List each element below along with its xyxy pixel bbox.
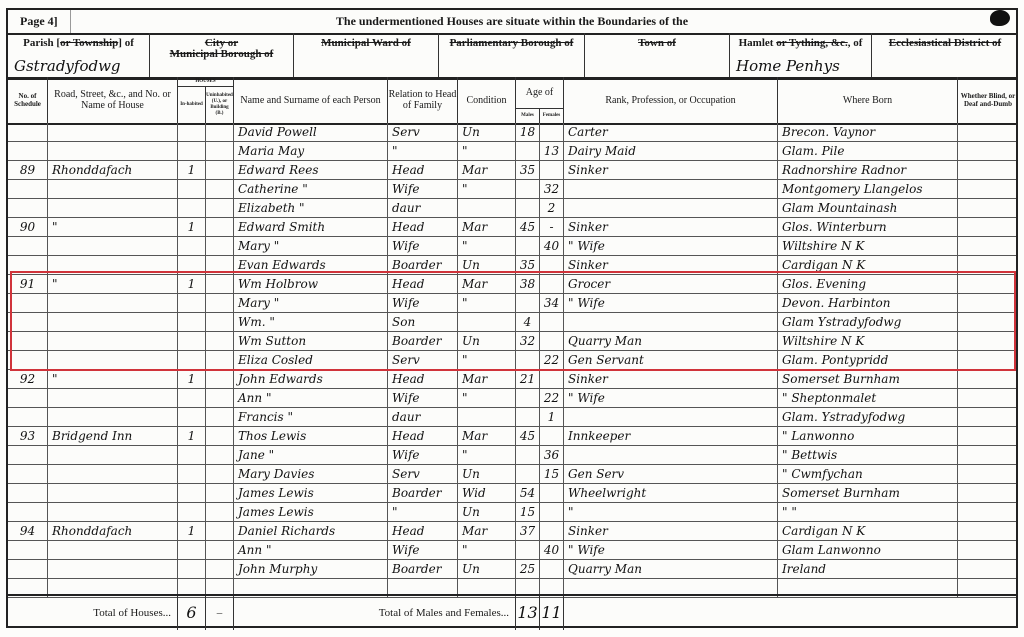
col-relation: Relation to Head of Family (388, 77, 458, 123)
condition-cell: " (458, 142, 516, 161)
female-age-cell (540, 123, 564, 142)
empty-cell (206, 294, 234, 313)
where-born-cell: Devon. Harbinton (778, 294, 958, 313)
table-row: Jane "Wife"36" Bettwis (8, 446, 1016, 465)
schedule-cell: 94 (8, 522, 48, 541)
schedule-cell (8, 541, 48, 560)
where-born-cell: Wiltshire N K (778, 332, 958, 351)
total-persons-label: Total of Males and Females... (234, 596, 516, 630)
relation-cell: Boarder (388, 484, 458, 503)
male-age-cell: 15 (516, 503, 540, 522)
male-age-cell (516, 465, 540, 484)
person-name-cell: Francis " (234, 408, 388, 427)
page-header: Page 4] The undermentioned Houses are si… (8, 10, 1016, 35)
condition-cell: " (458, 237, 516, 256)
condition-cell: " (458, 180, 516, 199)
male-age-cell: 35 (516, 161, 540, 180)
hamlet-value: Home Penhys (736, 57, 840, 75)
empty-cell (958, 503, 1018, 522)
relation-cell: Head (388, 522, 458, 541)
condition-cell: " (458, 294, 516, 313)
total-houses-uninhabited: – (206, 596, 234, 630)
relation-cell: " (388, 142, 458, 161)
occupation-cell: Wheelwright (564, 484, 778, 503)
town-label: Town of (585, 38, 729, 49)
col-schedule: No. of Schedule (8, 77, 48, 123)
occupation-cell (564, 313, 778, 332)
female-age-cell (540, 275, 564, 294)
condition-cell: Un (458, 465, 516, 484)
schedule-cell: 92 (8, 370, 48, 389)
schedule-cell (8, 560, 48, 579)
person-name-cell: Mary Davies (234, 465, 388, 484)
schedule-cell (8, 142, 48, 161)
town-field: Town of (585, 33, 730, 77)
parish-value: Gstradyfodwg (14, 57, 121, 75)
schedule-cell (8, 180, 48, 199)
condition-cell (458, 313, 516, 332)
person-name-cell: John Edwards (234, 370, 388, 389)
female-age-cell (540, 332, 564, 351)
occupation-cell: Gen Servant (564, 351, 778, 370)
schedule-cell (8, 389, 48, 408)
road-cell (48, 294, 178, 313)
female-age-cell (540, 522, 564, 541)
male-age-cell (516, 408, 540, 427)
schedule-cell (8, 503, 48, 522)
empty-cell (958, 522, 1018, 541)
total-houses-inhabited: 6 (178, 596, 206, 630)
inhabited-cell (178, 351, 206, 370)
where-born-cell: Brecon. Vaynor (778, 123, 958, 142)
condition-cell: Un (458, 123, 516, 142)
inhabited-cell (178, 123, 206, 142)
schedule-cell (8, 313, 48, 332)
table-row: Francis "daur1Glam. Ystradyfodwg (8, 408, 1016, 427)
where-born-cell: " Lanwonno (778, 427, 958, 446)
male-age-cell: 35 (516, 256, 540, 275)
table-row: James Lewis"Un15"" " (8, 503, 1016, 522)
relation-cell: Boarder (388, 332, 458, 351)
relation-cell: Serv (388, 123, 458, 142)
male-age-cell (516, 199, 540, 218)
person-name-cell: John Murphy (234, 560, 388, 579)
parish-label-struck: or Township (60, 37, 118, 49)
condition-cell: Mar (458, 370, 516, 389)
empty-cell (958, 370, 1018, 389)
male-age-cell (516, 180, 540, 199)
female-age-cell (540, 427, 564, 446)
person-name-cell: Thos Lewis (234, 427, 388, 446)
female-age-cell: 34 (540, 294, 564, 313)
city-label-line2: Municipal Borough of (170, 48, 274, 60)
empty-cell (958, 465, 1018, 484)
female-age-cell: 15 (540, 465, 564, 484)
empty-cell (958, 313, 1018, 332)
person-name-cell: Wm Sutton (234, 332, 388, 351)
schedule-cell: 91 (8, 275, 48, 294)
empty-cell (958, 199, 1018, 218)
empty-cell (206, 389, 234, 408)
parish-field: Parish [or Township] of Gstradyfodwg (8, 33, 150, 77)
empty-cell (958, 142, 1018, 161)
table-row: James LewisBoarderWid54WheelwrightSomers… (8, 484, 1016, 503)
relation-cell: Wife (388, 180, 458, 199)
condition-cell: Un (458, 332, 516, 351)
parish-label-suffix: ] of (118, 37, 134, 49)
inhabited-cell (178, 465, 206, 484)
male-age-cell: 25 (516, 560, 540, 579)
relation-cell: Boarder (388, 256, 458, 275)
where-born-cell: Glam. Pontypridd (778, 351, 958, 370)
occupation-cell: Sinker (564, 218, 778, 237)
table-row: Mary "Wife"40" WifeWiltshire N K (8, 237, 1016, 256)
table-row: Evan EdwardsBoarderUn35SinkerCardigan N … (8, 256, 1016, 275)
empty-cell (958, 256, 1018, 275)
male-age-cell: 54 (516, 484, 540, 503)
ward-field: Municipal Ward of (294, 33, 439, 77)
inhabited-cell: 1 (178, 370, 206, 389)
condition-cell (458, 199, 516, 218)
parliamentary-field: Parliamentary Borough of (439, 33, 585, 77)
condition-cell: " (458, 351, 516, 370)
empty-cell (206, 541, 234, 560)
empty-cell (206, 427, 234, 446)
female-age-cell (540, 484, 564, 503)
table-row: Catherine "Wife"32Montgomery Llangelos (8, 180, 1016, 199)
road-cell (48, 408, 178, 427)
where-born-cell: Cardigan N K (778, 256, 958, 275)
occupation-cell: Grocer (564, 275, 778, 294)
empty-cell (206, 522, 234, 541)
inhabited-cell (178, 446, 206, 465)
occupation-cell: " Wife (564, 237, 778, 256)
empty-cell (958, 180, 1018, 199)
occupation-cell (564, 199, 778, 218)
condition-cell: Mar (458, 218, 516, 237)
where-born-cell: Montgomery Llangelos (778, 180, 958, 199)
condition-cell (458, 408, 516, 427)
ecclesiastical-label: Ecclesiastical District of (872, 38, 1018, 49)
condition-cell: Mar (458, 522, 516, 541)
total-females: 11 (540, 596, 564, 630)
relation-cell: Wife (388, 389, 458, 408)
occupation-cell: Sinker (564, 256, 778, 275)
relation-cell: Head (388, 161, 458, 180)
female-age-cell: 40 (540, 541, 564, 560)
col-name: Name and Surname of each Person (234, 77, 388, 123)
road-cell: " (48, 275, 178, 294)
where-born-cell: Glos. Winterburn (778, 218, 958, 237)
empty-cell (958, 389, 1018, 408)
female-age-cell (540, 313, 564, 332)
ink-blot (990, 10, 1010, 26)
district-header: Parish [or Township] of Gstradyfodwg Cit… (8, 33, 1016, 80)
empty-cell (206, 237, 234, 256)
relation-cell: Head (388, 275, 458, 294)
table-row: Ann "Wife"22" Wife" Sheptonmalet (8, 389, 1016, 408)
occupation-cell (564, 180, 778, 199)
road-cell: Rhonddafach (48, 161, 178, 180)
empty-cell (206, 446, 234, 465)
parliamentary-label: Parliamentary Borough of (439, 38, 584, 49)
female-age-cell (540, 370, 564, 389)
occupation-cell (564, 446, 778, 465)
empty-cell (206, 503, 234, 522)
empty-cell (206, 275, 234, 294)
schedule-cell (8, 465, 48, 484)
empty-cell (958, 332, 1018, 351)
road-cell (48, 180, 178, 199)
relation-cell: daur (388, 408, 458, 427)
totals-row: Total of Houses... 6 – Total of Males an… (8, 594, 1016, 630)
where-born-cell: Glam Ystradyfodwg (778, 313, 958, 332)
col-occupation: Rank, Profession, or Occupation (564, 77, 778, 123)
parish-label: Parish [ (23, 37, 60, 49)
female-age-cell: 22 (540, 351, 564, 370)
person-name-cell: Elizabeth " (234, 199, 388, 218)
col-age: Age of (516, 77, 564, 109)
empty-cell (958, 237, 1018, 256)
condition-cell: Un (458, 560, 516, 579)
occupation-cell (564, 408, 778, 427)
female-age-cell: 36 (540, 446, 564, 465)
condition-cell: Un (458, 503, 516, 522)
road-cell (48, 237, 178, 256)
inhabited-cell (178, 256, 206, 275)
schedule-cell (8, 332, 48, 351)
empty-cell (206, 199, 234, 218)
col-males: Males (516, 109, 540, 123)
col-road: Road, Street, &c., and No. or Name of Ho… (48, 77, 178, 123)
person-name-cell: Evan Edwards (234, 256, 388, 275)
road-cell (48, 389, 178, 408)
occupation-cell: Quarry Man (564, 332, 778, 351)
where-born-cell: Somerset Burnham (778, 484, 958, 503)
col-inhabited: In-habited (178, 87, 206, 123)
where-born-cell: Wiltshire N K (778, 237, 958, 256)
empty-cell (206, 484, 234, 503)
empty-cell (206, 123, 234, 142)
male-age-cell (516, 351, 540, 370)
occupation-cell: Sinker (564, 161, 778, 180)
table-row: 94Rhonddafach1Daniel RichardsHeadMar37Si… (8, 522, 1016, 541)
person-name-cell: Maria May (234, 142, 388, 161)
relation-cell: Serv (388, 351, 458, 370)
empty-cell (206, 332, 234, 351)
male-age-cell: 37 (516, 522, 540, 541)
empty-cell (206, 465, 234, 484)
where-born-cell: Ireland (778, 560, 958, 579)
empty-cell (958, 161, 1018, 180)
where-born-cell: Cardigan N K (778, 522, 958, 541)
table-row: Mary DaviesServUn15Gen Serv" Cwmfychan (8, 465, 1016, 484)
table-row: 93Bridgend Inn1Thos LewisHeadMar45Innkee… (8, 427, 1016, 446)
table-row: Wm. "Son4Glam Ystradyfodwg (8, 313, 1016, 332)
empty-cell (958, 408, 1018, 427)
schedule-cell (8, 237, 48, 256)
relation-cell: Wife (388, 446, 458, 465)
road-cell (48, 503, 178, 522)
col-uninhabited: Uninhabited (U.), or Building (B.) (206, 87, 234, 123)
empty-cell (958, 351, 1018, 370)
table-row: 90"1Edward SmithHeadMar45-SinkerGlos. Wi… (8, 218, 1016, 237)
empty-cell (958, 446, 1018, 465)
empty-cell (958, 123, 1018, 142)
empty-cell (206, 313, 234, 332)
inhabited-cell (178, 389, 206, 408)
table-row: Eliza CosledServ"22Gen ServantGlam. Pont… (8, 351, 1016, 370)
relation-cell: daur (388, 199, 458, 218)
col-condition: Condition (458, 77, 516, 123)
inhabited-cell (178, 142, 206, 161)
table-row: Elizabeth "daur2Glam Mountainash (8, 199, 1016, 218)
road-cell (48, 541, 178, 560)
empty-cell (958, 218, 1018, 237)
male-age-cell (516, 142, 540, 161)
road-cell (48, 446, 178, 465)
condition-cell: Mar (458, 161, 516, 180)
col-houses: HOUSES (178, 77, 234, 87)
road-cell (48, 484, 178, 503)
hamlet-label-suffix: , of (848, 37, 863, 49)
schedule-cell (8, 408, 48, 427)
empty-cell (958, 294, 1018, 313)
where-born-cell: Glam Lanwonno (778, 541, 958, 560)
person-name-cell: Catherine " (234, 180, 388, 199)
occupation-cell: Carter (564, 123, 778, 142)
female-age-cell: 40 (540, 237, 564, 256)
person-name-cell: Jane " (234, 446, 388, 465)
female-age-cell (540, 560, 564, 579)
male-age-cell: 38 (516, 275, 540, 294)
condition-cell: Un (458, 256, 516, 275)
inhabited-cell: 1 (178, 275, 206, 294)
city-field: City orMunicipal Borough of (150, 33, 294, 77)
where-born-cell: " Sheptonmalet (778, 389, 958, 408)
hamlet-label-struck: or Tything, &c. (776, 37, 848, 49)
where-born-cell: Radnorshire Radnor (778, 161, 958, 180)
occupation-cell: Quarry Man (564, 560, 778, 579)
empty-cell (206, 218, 234, 237)
relation-cell: Wife (388, 294, 458, 313)
inhabited-cell (178, 503, 206, 522)
census-page: Page 4] The undermentioned Houses are si… (6, 8, 1018, 628)
person-name-cell: Edward Smith (234, 218, 388, 237)
female-age-cell: 2 (540, 199, 564, 218)
where-born-cell: Glam. Ystradyfodwg (778, 408, 958, 427)
schedule-cell (8, 123, 48, 142)
person-name-cell: Mary " (234, 237, 388, 256)
relation-cell: Head (388, 427, 458, 446)
person-name-cell: Wm. " (234, 313, 388, 332)
relation-cell: Wife (388, 237, 458, 256)
schedule-cell (8, 484, 48, 503)
table-row: David PowellServUn18CarterBrecon. Vaynor (8, 123, 1016, 142)
relation-cell: Son (388, 313, 458, 332)
female-age-cell: 32 (540, 180, 564, 199)
road-cell (48, 313, 178, 332)
person-name-cell: Edward Rees (234, 161, 388, 180)
empty-cell (206, 256, 234, 275)
empty-cell (206, 408, 234, 427)
where-born-cell: Glos. Evening (778, 275, 958, 294)
occupation-cell: " Wife (564, 541, 778, 560)
inhabited-cell: 1 (178, 522, 206, 541)
person-name-cell: Daniel Richards (234, 522, 388, 541)
male-age-cell (516, 541, 540, 560)
relation-cell: Boarder (388, 560, 458, 579)
road-cell: Bridgend Inn (48, 427, 178, 446)
inhabited-cell (178, 541, 206, 560)
person-name-cell: Ann " (234, 541, 388, 560)
inhabited-cell (178, 199, 206, 218)
male-age-cell: 32 (516, 332, 540, 351)
empty-cell (206, 351, 234, 370)
column-headers: No. of Schedule Road, Street, &c., and N… (8, 77, 1016, 125)
inhabited-cell (178, 180, 206, 199)
road-cell: Rhonddafach (48, 522, 178, 541)
table-row: Wm SuttonBoarderUn32Quarry ManWiltshire … (8, 332, 1016, 351)
male-age-cell (516, 389, 540, 408)
inhabited-cell (178, 408, 206, 427)
occupation-cell: " (564, 503, 778, 522)
total-males: 13 (516, 596, 540, 630)
inhabited-cell: 1 (178, 427, 206, 446)
road-cell (48, 256, 178, 275)
empty-cell (206, 370, 234, 389)
empty-cell (958, 275, 1018, 294)
road-cell (48, 142, 178, 161)
table-row: Maria May""13Dairy MaidGlam. Pile (8, 142, 1016, 161)
occupation-cell: " Wife (564, 389, 778, 408)
condition-cell: " (458, 389, 516, 408)
person-name-cell: James Lewis (234, 484, 388, 503)
female-age-cell (540, 503, 564, 522)
hamlet-label: Hamlet (739, 37, 777, 49)
occupation-cell: Sinker (564, 522, 778, 541)
table-row: John MurphyBoarderUn25Quarry ManIreland (8, 560, 1016, 579)
empty-cell (958, 427, 1018, 446)
inhabited-cell: 1 (178, 161, 206, 180)
where-born-cell: " " (778, 503, 958, 522)
female-age-cell: 1 (540, 408, 564, 427)
female-age-cell: 13 (540, 142, 564, 161)
road-cell: " (48, 370, 178, 389)
empty-cell (206, 180, 234, 199)
where-born-cell: Glam Mountainash (778, 199, 958, 218)
male-age-cell: 45 (516, 218, 540, 237)
road-cell (48, 199, 178, 218)
schedule-cell (8, 199, 48, 218)
inhabited-cell (178, 332, 206, 351)
schedule-cell (8, 446, 48, 465)
male-age-cell: 45 (516, 427, 540, 446)
female-age-cell: 22 (540, 389, 564, 408)
inhabited-cell: 1 (178, 218, 206, 237)
ward-label: Municipal Ward of (294, 38, 438, 49)
occupation-cell: " Wife (564, 294, 778, 313)
relation-cell: " (388, 503, 458, 522)
person-name-cell: David Powell (234, 123, 388, 142)
relation-cell: Wife (388, 541, 458, 560)
schedule-cell (8, 256, 48, 275)
empty-cell (958, 541, 1018, 560)
male-age-cell: 4 (516, 313, 540, 332)
relation-cell: Serv (388, 465, 458, 484)
male-age-cell (516, 294, 540, 313)
schedule-cell: 93 (8, 427, 48, 446)
